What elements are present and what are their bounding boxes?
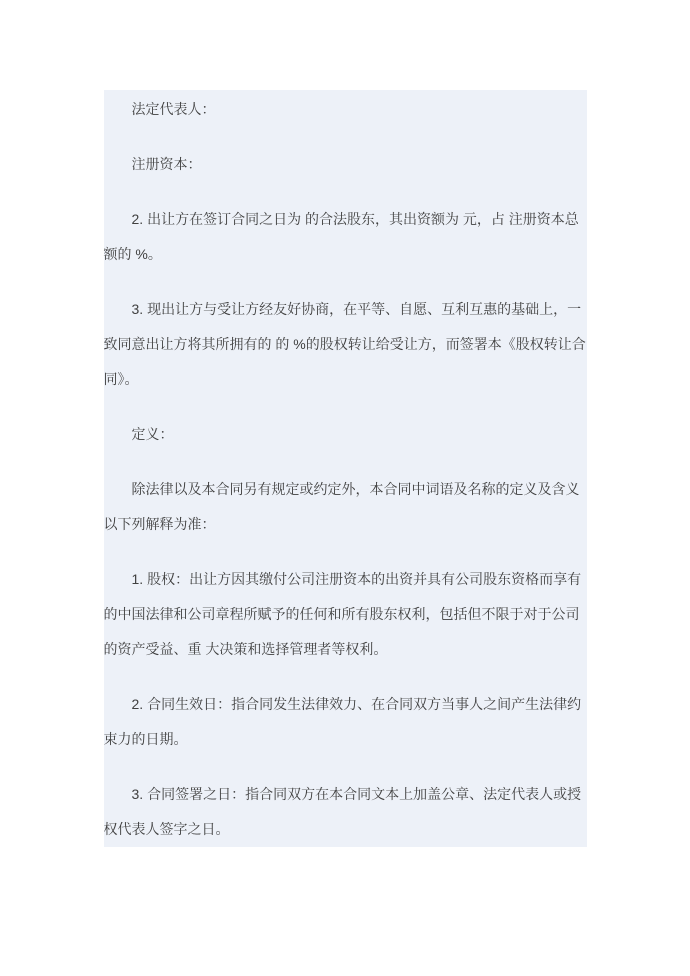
paragraph-definition-effective-date: 2. 合同生效日：指合同发生法律效力、在合同双方当事人之间产生法律约 束力的日期… <box>104 687 587 757</box>
text-line: 2. 出让方在签订合同之日为 的合法股东，其出资额为 元，占 注册资本总 <box>104 202 587 237</box>
text-line: 同》。 <box>104 362 587 397</box>
paragraph-definitions-intro: 除法律以及本合同另有规定或约定外，本合同中词语及名称的定义及含义 以下列解释为准… <box>104 472 587 542</box>
text-line: 以下列解释为准： <box>104 507 587 542</box>
paragraph-clause-2: 2. 出让方在签订合同之日为 的合法股东，其出资额为 元，占 注册资本总 额的 … <box>104 202 587 272</box>
text-line: 除法律以及本合同另有规定或约定外，本合同中词语及名称的定义及含义 <box>104 472 587 507</box>
text-line: 法定代表人： <box>104 92 587 127</box>
page-background: { "page": { "background_color": "#ffffff… <box>0 0 690 976</box>
paragraph-definitions-heading: 定义： <box>104 417 587 452</box>
paragraph-definition-equity: 1. 股权：出让方因其缴付公司注册资本的出资并具有公司股东资格而享有 的中国法律… <box>104 562 587 667</box>
text-line: 权代表人签字之日。 <box>104 812 587 847</box>
text-line: 3. 现出让方与受让方经友好协商，在平等、自愿、互利互惠的基础上，一 <box>104 292 587 327</box>
text-line: 致同意出让方将其所拥有的 的 %的股权转让给受让方，而签署本《股权转让合 <box>104 327 587 362</box>
paragraph-legal-representative: 法定代表人： <box>104 92 587 127</box>
paragraph-registered-capital: 注册资本： <box>104 147 587 182</box>
text-line: 的中国法律和公司章程所赋予的任何和所有股东权利，包括但不限于对于公司 <box>104 597 587 632</box>
text-line: 注册资本： <box>104 147 587 182</box>
text-line: 额的 %。 <box>104 237 587 272</box>
text-line: 的资产受益、重 大决策和选择管理者等权利。 <box>104 632 587 667</box>
paragraph-clause-3: 3. 现出让方与受让方经友好协商，在平等、自愿、互利互惠的基础上，一 致同意出让… <box>104 292 587 397</box>
text-line: 3. 合同签署之日：指合同双方在本合同文本上加盖公章、法定代表人或授 <box>104 777 587 812</box>
paragraph-definition-signing-date: 3. 合同签署之日：指合同双方在本合同文本上加盖公章、法定代表人或授 权代表人签… <box>104 777 587 847</box>
document-body: 法定代表人： 注册资本： 2. 出让方在签订合同之日为 的合法股东，其出资额为 … <box>104 90 587 847</box>
text-line: 定义： <box>104 417 587 452</box>
text-line: 束力的日期。 <box>104 722 587 757</box>
text-line: 1. 股权：出让方因其缴付公司注册资本的出资并具有公司股东资格而享有 <box>104 562 587 597</box>
text-line: 2. 合同生效日：指合同发生法律效力、在合同双方当事人之间产生法律约 <box>104 687 587 722</box>
